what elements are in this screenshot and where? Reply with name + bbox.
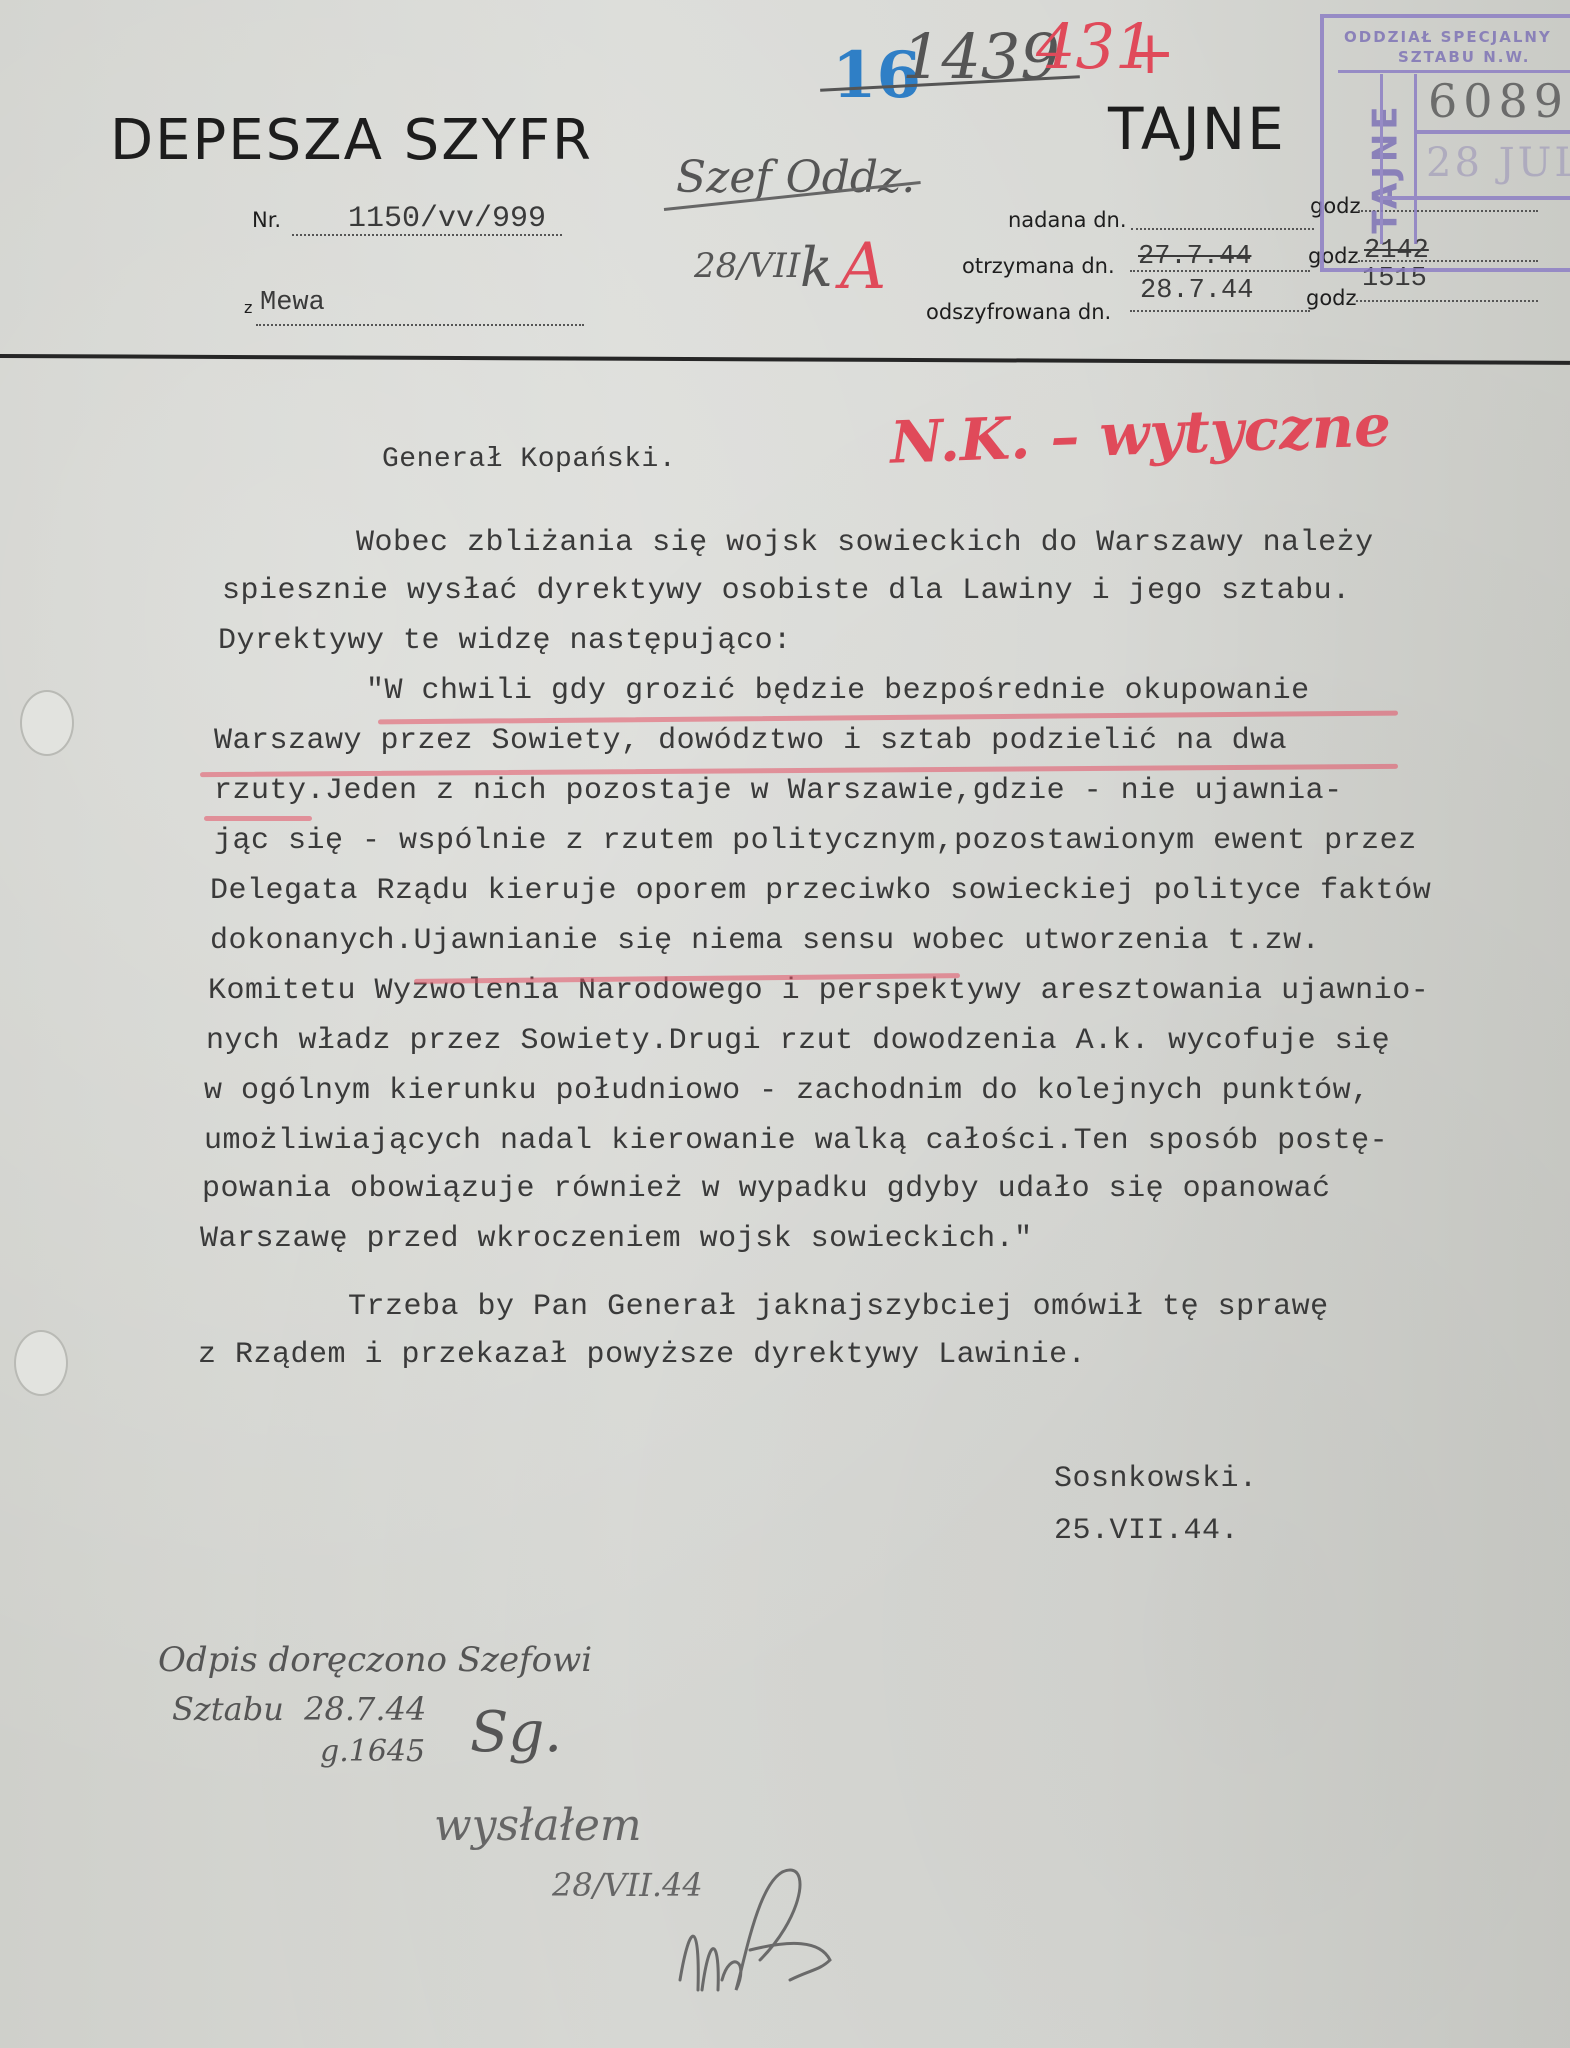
letter-line: rzuty.Jeden z nich pozostaje w Warszawie…	[214, 772, 1343, 812]
odszyfrowana-godz-label: godz	[1306, 286, 1357, 310]
letter-date: 25.VII.44.	[1054, 1512, 1239, 1552]
odszyfrowana-dotted-line	[1130, 310, 1310, 312]
from-dotted-line	[256, 324, 584, 326]
letter-signature: Sosnkowski.	[1054, 1460, 1258, 1500]
letter-line: Delegata Rządu kieruje oporem przeciwko …	[210, 872, 1431, 912]
letter-salutation: Generał Kopański.	[382, 440, 676, 480]
letter-line: w ogólnym kierunku południowo - zachodni…	[204, 1072, 1370, 1112]
punch-hole	[20, 690, 74, 756]
red-plus-mark: +	[1125, 18, 1175, 88]
letter-line: nych władz przez Sowiety.Drugi rzut dowo…	[206, 1022, 1390, 1062]
nadana-dotted-line	[1131, 228, 1314, 230]
letter-line: Warszawy przez Sowiety, dowództwo i szta…	[214, 722, 1287, 762]
letter-line: dokonanych.Ujawnianie się niema sensu wo…	[210, 922, 1320, 962]
letter-line: jąc się - wspólnie z rzutem politycznym,…	[214, 822, 1417, 862]
from-label: z	[244, 298, 252, 317]
from-value: Mewa	[260, 288, 325, 318]
pencil-signature-scribble	[670, 1840, 850, 2020]
pencil-sent-note: wysłałem	[434, 1800, 642, 1851]
letter-line: spiesznie wysłać dyrektywy osobiste dla …	[222, 572, 1351, 612]
letter-line: Wobec zbliżania się wojsk sowieckich do …	[208, 524, 1374, 564]
from-field: z Mewa	[244, 290, 584, 310]
odszyfrowana-godz-dotted-line	[1356, 300, 1538, 302]
otrzymana-label: otrzymana dn.	[962, 254, 1115, 278]
letter-line: Warszawę przed wkroczeniem wojsk sowieck…	[200, 1220, 1033, 1260]
stamp-line1: ODDZIAŁ SPECJALNY	[1344, 28, 1552, 46]
letter-closing-line: Trzeba by Pan Generał jaknajszybciej omó…	[200, 1288, 1329, 1328]
letter-line: Dyrektywy te widzę następująco:	[218, 622, 792, 662]
pencil-initial: k	[800, 236, 833, 299]
signature-scribble-icon	[670, 1840, 850, 2020]
letter-line: "W chwili gdy grozić będzie bezpośrednie…	[218, 672, 1310, 712]
pencil-date-note: 28/VII	[694, 246, 800, 286]
document-title: DEPESZA SZYFR	[110, 108, 593, 173]
nadana-label: nadana dn.	[1008, 208, 1127, 232]
odszyfrowana-row: odszyfrowana dn. 28.7.44 godz 1515	[926, 300, 1538, 324]
letter-line: umożliwiających nadal kierowanie walką c…	[204, 1122, 1388, 1162]
red-heading-annotation: N.K. – wytyczne	[889, 391, 1392, 476]
odszyfrowana-label: odszyfrowana dn.	[926, 300, 1111, 324]
stamp-date: 28 JUL	[1426, 140, 1570, 186]
punch-hole	[14, 1330, 68, 1396]
stamp-side-label: TAJNE	[1366, 102, 1406, 233]
pencil-bottom-note-line1: Odpis doręczono Szefowi	[158, 1640, 592, 1680]
red-underline	[204, 816, 312, 821]
stamp-line2: SZTABU N.W.	[1398, 48, 1530, 66]
nr-field: Nr. 1150/vv/999	[252, 208, 562, 232]
header-divider	[0, 354, 1570, 365]
nr-value: 1150/vv/999	[348, 202, 546, 236]
otrzymana-value: 27.7.44	[1138, 242, 1251, 272]
pencil-bottom-note-line2: Sztabu 28.7.44	[172, 1690, 426, 1728]
letter-line: powania obowiązuje również w wypadku gdy…	[202, 1170, 1331, 1210]
pencil-bottom-initials: Sg.	[470, 1700, 562, 1765]
stamp-number: 6089	[1428, 74, 1569, 128]
registration-stamp: ODDZIAŁ SPECJALNY SZTABU N.W. TAJNE 6089…	[1320, 14, 1570, 272]
letter-closing-line: z Rządem i przekazał powyższe dyrektywy …	[198, 1336, 1086, 1376]
classification-label: TAJNE	[1108, 95, 1286, 163]
nr-label: Nr.	[252, 208, 281, 232]
red-initial: A	[840, 230, 886, 304]
odszyfrowana-value: 28.7.44	[1140, 276, 1253, 306]
pencil-bottom-note-line3: g.1645	[320, 1734, 425, 1769]
